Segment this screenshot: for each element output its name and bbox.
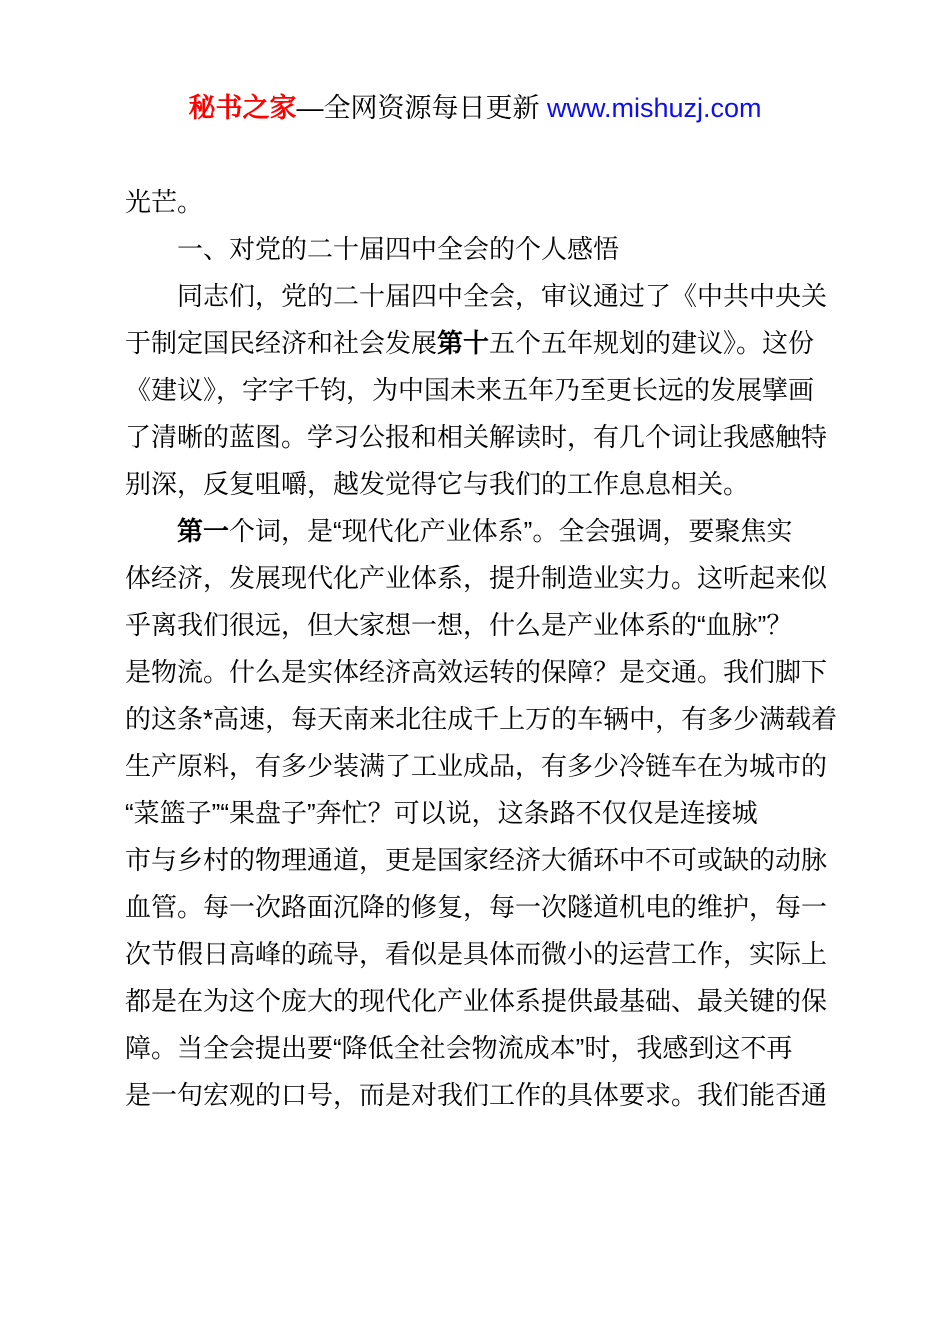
text-line: 光芒。 xyxy=(125,179,851,226)
text-run: 是一句宏观的口号，而是对我们工作的具体要求。我们能否通 xyxy=(125,1080,827,1110)
text-run: 光芒。 xyxy=(125,187,203,217)
text-line: 体经济，发展现代化产业体系，提升制造业实力。这听起来似 xyxy=(125,555,851,602)
text-line: 了清晰的蓝图。学习公报和相关解读时，有几个词让我感触特 xyxy=(125,414,851,461)
text-run: 的这条*高速，每天南来北往成千上万的车辆中，有多少满载着 xyxy=(125,704,837,734)
text-run: 了清晰的蓝图。学习公报和相关解读时，有几个词让我感触特 xyxy=(125,422,827,452)
text-line: “菜篮子”“果盘子”奔忙？可以说，这条路不仅仅是连接城 xyxy=(125,790,851,837)
text-run: 障。当全会提出要“降低全社会物流成本”时，我感到这不再 xyxy=(125,1033,792,1063)
text-run: 五个五年规划的建议》。这份 xyxy=(489,328,814,358)
text-run: 同志们，党的二十届四中全会，审议通过了《中共中央关 xyxy=(177,281,827,311)
text-line: 障。当全会提出要“降低全社会物流成本”时，我感到这不再 xyxy=(125,1025,851,1072)
text-run: 市与乡村的物理通道，更是国家经济大循环中不可或缺的动脉 xyxy=(125,845,827,875)
text-run: 次节假日高峰的疏导，看似是具体而微小的运营工作，实际上 xyxy=(125,939,827,969)
text-line: 第一个词，是“现代化产业体系”。全会强调，要聚焦实 xyxy=(125,508,851,555)
site-tagline: —全网资源每日更新 xyxy=(296,93,547,123)
text-run: 生产原料，有多少装满了工业成品，有多少冷链车在为城市的 xyxy=(125,751,827,781)
text-run: 都是在为这个庞大的现代化产业体系提供最基础、最关键的保 xyxy=(125,986,827,1016)
site-brand: 秘书之家 xyxy=(188,93,296,123)
text-run: 个词，是“现代化产业体系”。全会强调，要聚焦实 xyxy=(229,516,792,546)
text-line: 次节假日高峰的疏导，看似是具体而微小的运营工作，实际上 xyxy=(125,931,851,978)
bold-text-run: 第一 xyxy=(177,516,229,546)
text-run: 别深，反复咀嚼，越发觉得它与我们的工作息息相关。 xyxy=(125,469,749,499)
text-line: 同志们，党的二十届四中全会，审议通过了《中共中央关 xyxy=(125,273,851,320)
text-line: 于制定国民经济和社会发展第十五个五年规划的建议》。这份 xyxy=(125,320,851,367)
text-line: 的这条*高速，每天南来北往成千上万的车辆中，有多少满载着 xyxy=(125,696,851,743)
text-line: 乎离我们很远，但大家想一想，什么是产业体系的“血脉”？ xyxy=(125,602,851,649)
text-line: 别深，反复咀嚼，越发觉得它与我们的工作息息相关。 xyxy=(125,461,851,508)
text-run: 《建议》，字字千钧，为中国未来五年乃至更长远的发展擘画 xyxy=(125,375,814,405)
text-line: 《建议》，字字千钧，为中国未来五年乃至更长远的发展擘画 xyxy=(125,367,851,414)
site-header: 秘书之家—全网资源每日更新 www.mishuzj.com xyxy=(0,88,950,128)
text-run: “菜篮子”“果盘子”奔忙？可以说，这条路不仅仅是连接城 xyxy=(125,798,758,828)
site-url-link[interactable]: www.mishuzj.com xyxy=(547,93,762,123)
text-run: 体经济，发展现代化产业体系，提升制造业实力。这听起来似 xyxy=(125,563,827,593)
text-line: 市与乡村的物理通道，更是国家经济大循环中不可或缺的动脉 xyxy=(125,837,851,884)
text-line: 是一句宏观的口号，而是对我们工作的具体要求。我们能否通 xyxy=(125,1072,851,1119)
text-line: 都是在为这个庞大的现代化产业体系提供最基础、最关键的保 xyxy=(125,978,851,1025)
text-run: 乎离我们很远，但大家想一想，什么是产业体系的“血脉”？ xyxy=(125,610,792,640)
text-run: 血管。每一次路面沉降的修复，每一次隧道机电的维护，每一 xyxy=(125,892,827,922)
text-run: 是物流。什么是实体经济高效运转的保障？是交通。我们脚下 xyxy=(125,657,827,687)
text-run: 于制定国民经济和社会发展 xyxy=(125,328,437,358)
text-line: 是物流。什么是实体经济高效运转的保障？是交通。我们脚下 xyxy=(125,649,851,696)
document-page: 秘书之家—全网资源每日更新 www.mishuzj.com 光芒。一、对党的二十… xyxy=(0,0,950,1344)
text-run: 一、对党的二十届四中全会的个人感悟 xyxy=(177,234,619,264)
bold-text-run: 第十 xyxy=(437,328,489,358)
text-line: 生产原料，有多少装满了工业成品，有多少冷链车在为城市的 xyxy=(125,743,851,790)
text-line: 血管。每一次路面沉降的修复，每一次隧道机电的维护，每一 xyxy=(125,884,851,931)
text-line: 一、对党的二十届四中全会的个人感悟 xyxy=(125,226,851,273)
document-text: 光芒。一、对党的二十届四中全会的个人感悟同志们，党的二十届四中全会，审议通过了《… xyxy=(125,179,851,1119)
